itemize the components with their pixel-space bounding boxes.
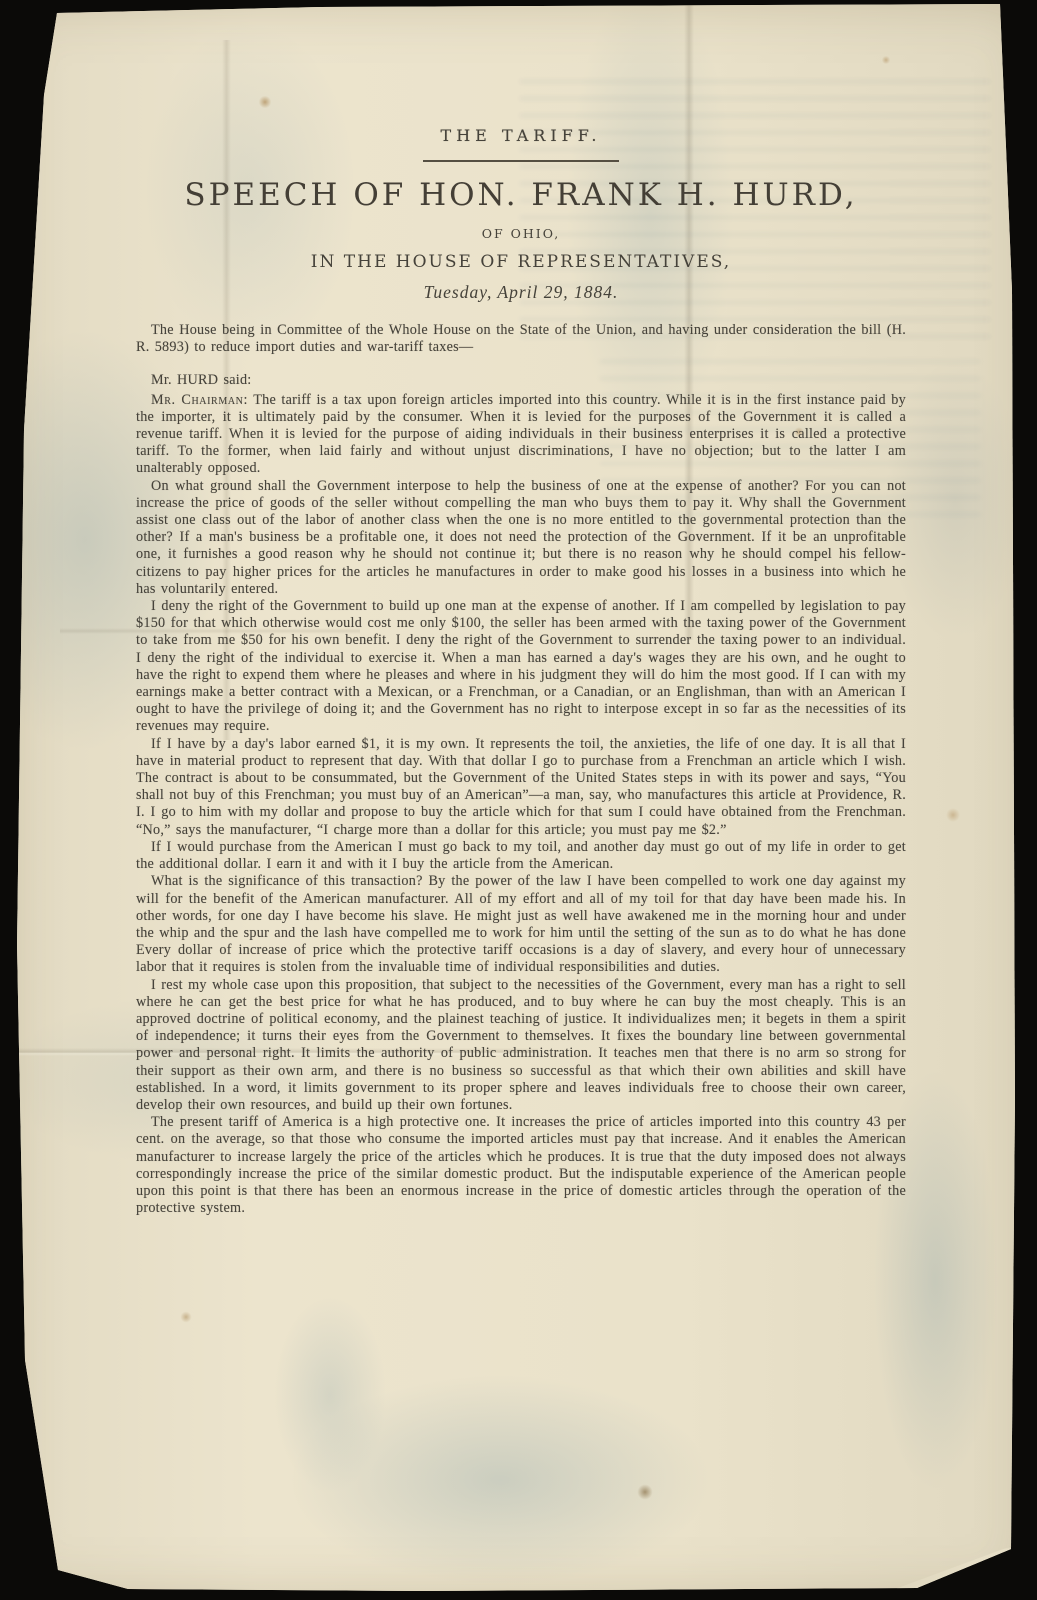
speech-paragraph: What is the significance of this transac…: [136, 873, 906, 976]
speaker-origin: OF OHIO,: [136, 226, 906, 241]
speech-paragraph: I rest my whole case upon this propositi…: [136, 977, 906, 1115]
preamble-paragraph: The House being in Committee of the Whol…: [136, 322, 906, 356]
speech-body: The House being in Committee of the Whol…: [136, 322, 906, 1217]
speech-paragraph: On what ground shall the Government inte…: [136, 478, 906, 598]
scan-background: THE TARIFF. SPEECH OF HON. FRANK H. HURD…: [0, 0, 1037, 1600]
speech-paragraph: I deny the right of the Government to bu…: [136, 598, 906, 736]
printed-content: THE TARIFF. SPEECH OF HON. FRANK H. HURD…: [136, 126, 906, 1217]
speech-paragraph: If I have by a day's labor earned $1, it…: [136, 736, 906, 839]
venue-line: IN THE HOUSE OF REPRESENTATIVES,: [136, 252, 906, 272]
document-title: SPEECH OF HON. FRANK H. HURD,: [136, 177, 906, 213]
speech-paragraph: The present tariff of America is a high …: [136, 1114, 906, 1217]
speech-paragraph: If I would purchase from the American I …: [136, 839, 906, 873]
paragraph-lead: Mr. Chairman:: [151, 392, 248, 408]
paragraph-text: The tariff is a tax upon foreign article…: [136, 392, 906, 477]
dateline: Tuesday, April 29, 1884.: [136, 282, 906, 303]
speech-paragraph: Mr. Chairman: The tariff is a tax upon f…: [136, 392, 906, 478]
header-rule: [423, 160, 619, 162]
speaker-intro: Mr. HURD said:: [136, 372, 906, 389]
document-page: THE TARIFF. SPEECH OF HON. FRANK H. HURD…: [0, 0, 1037, 1600]
document-topic-heading: THE TARIFF.: [136, 126, 906, 145]
dog-ear-fold: [887, 1544, 1017, 1592]
